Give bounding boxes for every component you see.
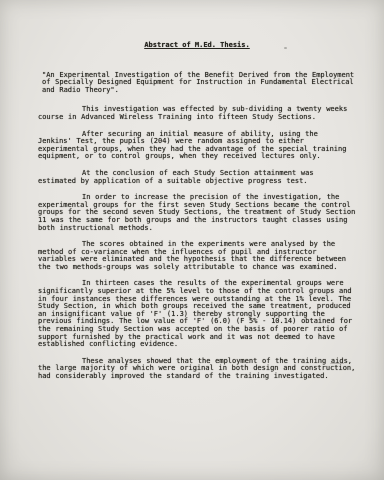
- paragraph: At the conclusion of each Study Section …: [38, 170, 356, 185]
- paragraph: In order to increase the precision of th…: [38, 194, 356, 232]
- paragraph: In thirteen cases the results of the exp…: [38, 280, 356, 348]
- scanned-page: Abstract of M.Ed. Thesis. "An Experiment…: [0, 0, 384, 480]
- text-column: Abstract of M.Ed. Thesis. "An Experiment…: [38, 42, 356, 390]
- paragraph: These analyses showed that the employmen…: [38, 358, 356, 381]
- thesis-title-quote: "An Experimental Investigation of the Be…: [42, 72, 356, 95]
- document-title: Abstract of M.Ed. Thesis.: [38, 42, 356, 50]
- paragraph: This investigation was effected by sub-d…: [38, 106, 356, 121]
- paragraph: After securing an initial measure of abi…: [38, 131, 356, 161]
- paragraph: The scores obtained in the experiments w…: [38, 241, 356, 271]
